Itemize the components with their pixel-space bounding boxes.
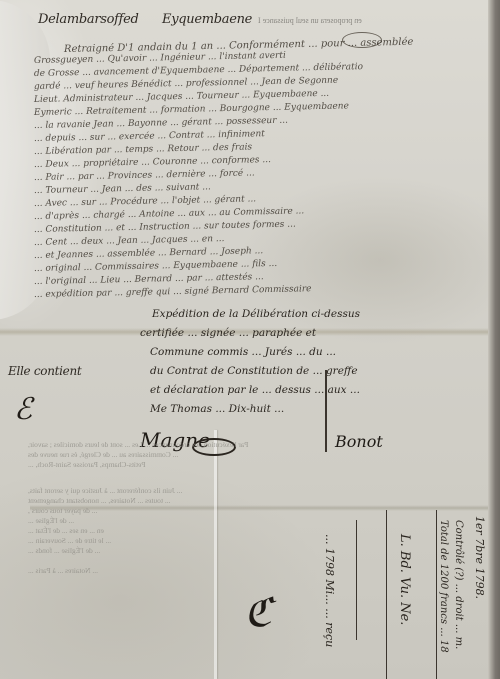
- fold-crease-vertical: [214, 430, 217, 679]
- showthrough-line: Petits-Champs, Paroisse Saint-Roch, ...: [28, 460, 146, 469]
- registration-date: 1er 7bre 1798.: [473, 516, 486, 599]
- body-line: ... depuis ... sur ... exercée ... Contr…: [34, 129, 265, 144]
- certification-line: certifiée ... signée ... paraphée et: [140, 327, 316, 339]
- registration-line: Total de 1200 francs ... 18: [438, 520, 449, 653]
- large-flourish: ℭ: [244, 590, 272, 636]
- body-line: ... Cent ... deux ... Jean ... Jacques .…: [34, 234, 225, 248]
- showthrough-line: ... de l'Église ... fonds ...: [28, 546, 100, 555]
- certification-line: Expédition de la Délibération ci-dessus: [152, 308, 360, 320]
- header-right: Eyquembaene: [162, 12, 252, 27]
- body-line: ... Libération par ... temps ... Retour …: [34, 142, 252, 157]
- margin-note: Elle contient: [8, 364, 81, 378]
- certification-line: Commune commis ... Jurés ... du ...: [150, 346, 336, 358]
- showthrough-line: ... Commissaires au ... de Clergé, ès ru…: [28, 450, 178, 459]
- body-line: ... Deux ... propriétaire ... Couronne .…: [34, 155, 271, 170]
- body-line: ... Tourneur ... Jean ... des ... suivan…: [34, 182, 211, 196]
- showthrough-line: ... de l'Église ...: [28, 516, 74, 525]
- signature-bonot: Bonot: [335, 432, 383, 451]
- showthrough-line: ... le titre de ... Souverain ...: [28, 536, 111, 545]
- showthrough-line: ... Juin ils conféreront ... à Justice q…: [28, 486, 182, 495]
- body-line: ... expédition par ... greffe qui ... si…: [34, 284, 312, 300]
- body-line: ... et Jeannes ... assemblée ... Bernard…: [34, 246, 263, 261]
- certification-line: Me Thomas ... Dix-huit ...: [150, 403, 284, 415]
- signature-stroke: [325, 370, 327, 452]
- page-edge: [488, 0, 500, 679]
- ruled-line: [356, 520, 357, 640]
- registration-secondary: ... 1798 Mi... ... reçu: [323, 534, 336, 647]
- body-line: ... Avec ... sur ... Procédure ... l'obj…: [34, 194, 256, 209]
- registration-line: L. Bd. Vu. Ne.: [397, 534, 412, 625]
- ruled-line: [386, 510, 387, 679]
- showthrough-line: Par l'exécution des ordonnances ... Les …: [28, 440, 248, 449]
- showthrough-line: en ... en ses ... de l'État ...: [28, 526, 104, 535]
- certification-line: et déclaration par le ... dessus ... aux…: [150, 384, 360, 396]
- fold-crease-horizontal-lower: [30, 505, 488, 511]
- paraph-flourish: ℰ: [14, 392, 32, 427]
- body-line: ... l'original ... Lieu ... Bernard ... …: [34, 272, 264, 287]
- body-line: ... Pair ... par ... Provinces ... derni…: [34, 168, 255, 183]
- registration-line: Contrôlé (?) ... droit ... m.: [453, 520, 464, 649]
- showthrough-line: ... de payer tous cours ,: [28, 506, 97, 515]
- ruled-line: [436, 510, 437, 679]
- manuscript-page: Delambarsoffed Eyquembaene en proposera …: [0, 0, 500, 679]
- body-line: ... Constitution ... et ... Instruction …: [34, 220, 296, 235]
- printed-showthrough-header: en proposera un seul puissance I: [258, 16, 362, 25]
- showthrough-line: ... toutes ... Notaires, ... nonobstant …: [28, 496, 170, 505]
- header-left: Delambarsoffed: [38, 12, 139, 27]
- showthrough-line: ... Notaires ... à Paris ...: [28, 566, 98, 575]
